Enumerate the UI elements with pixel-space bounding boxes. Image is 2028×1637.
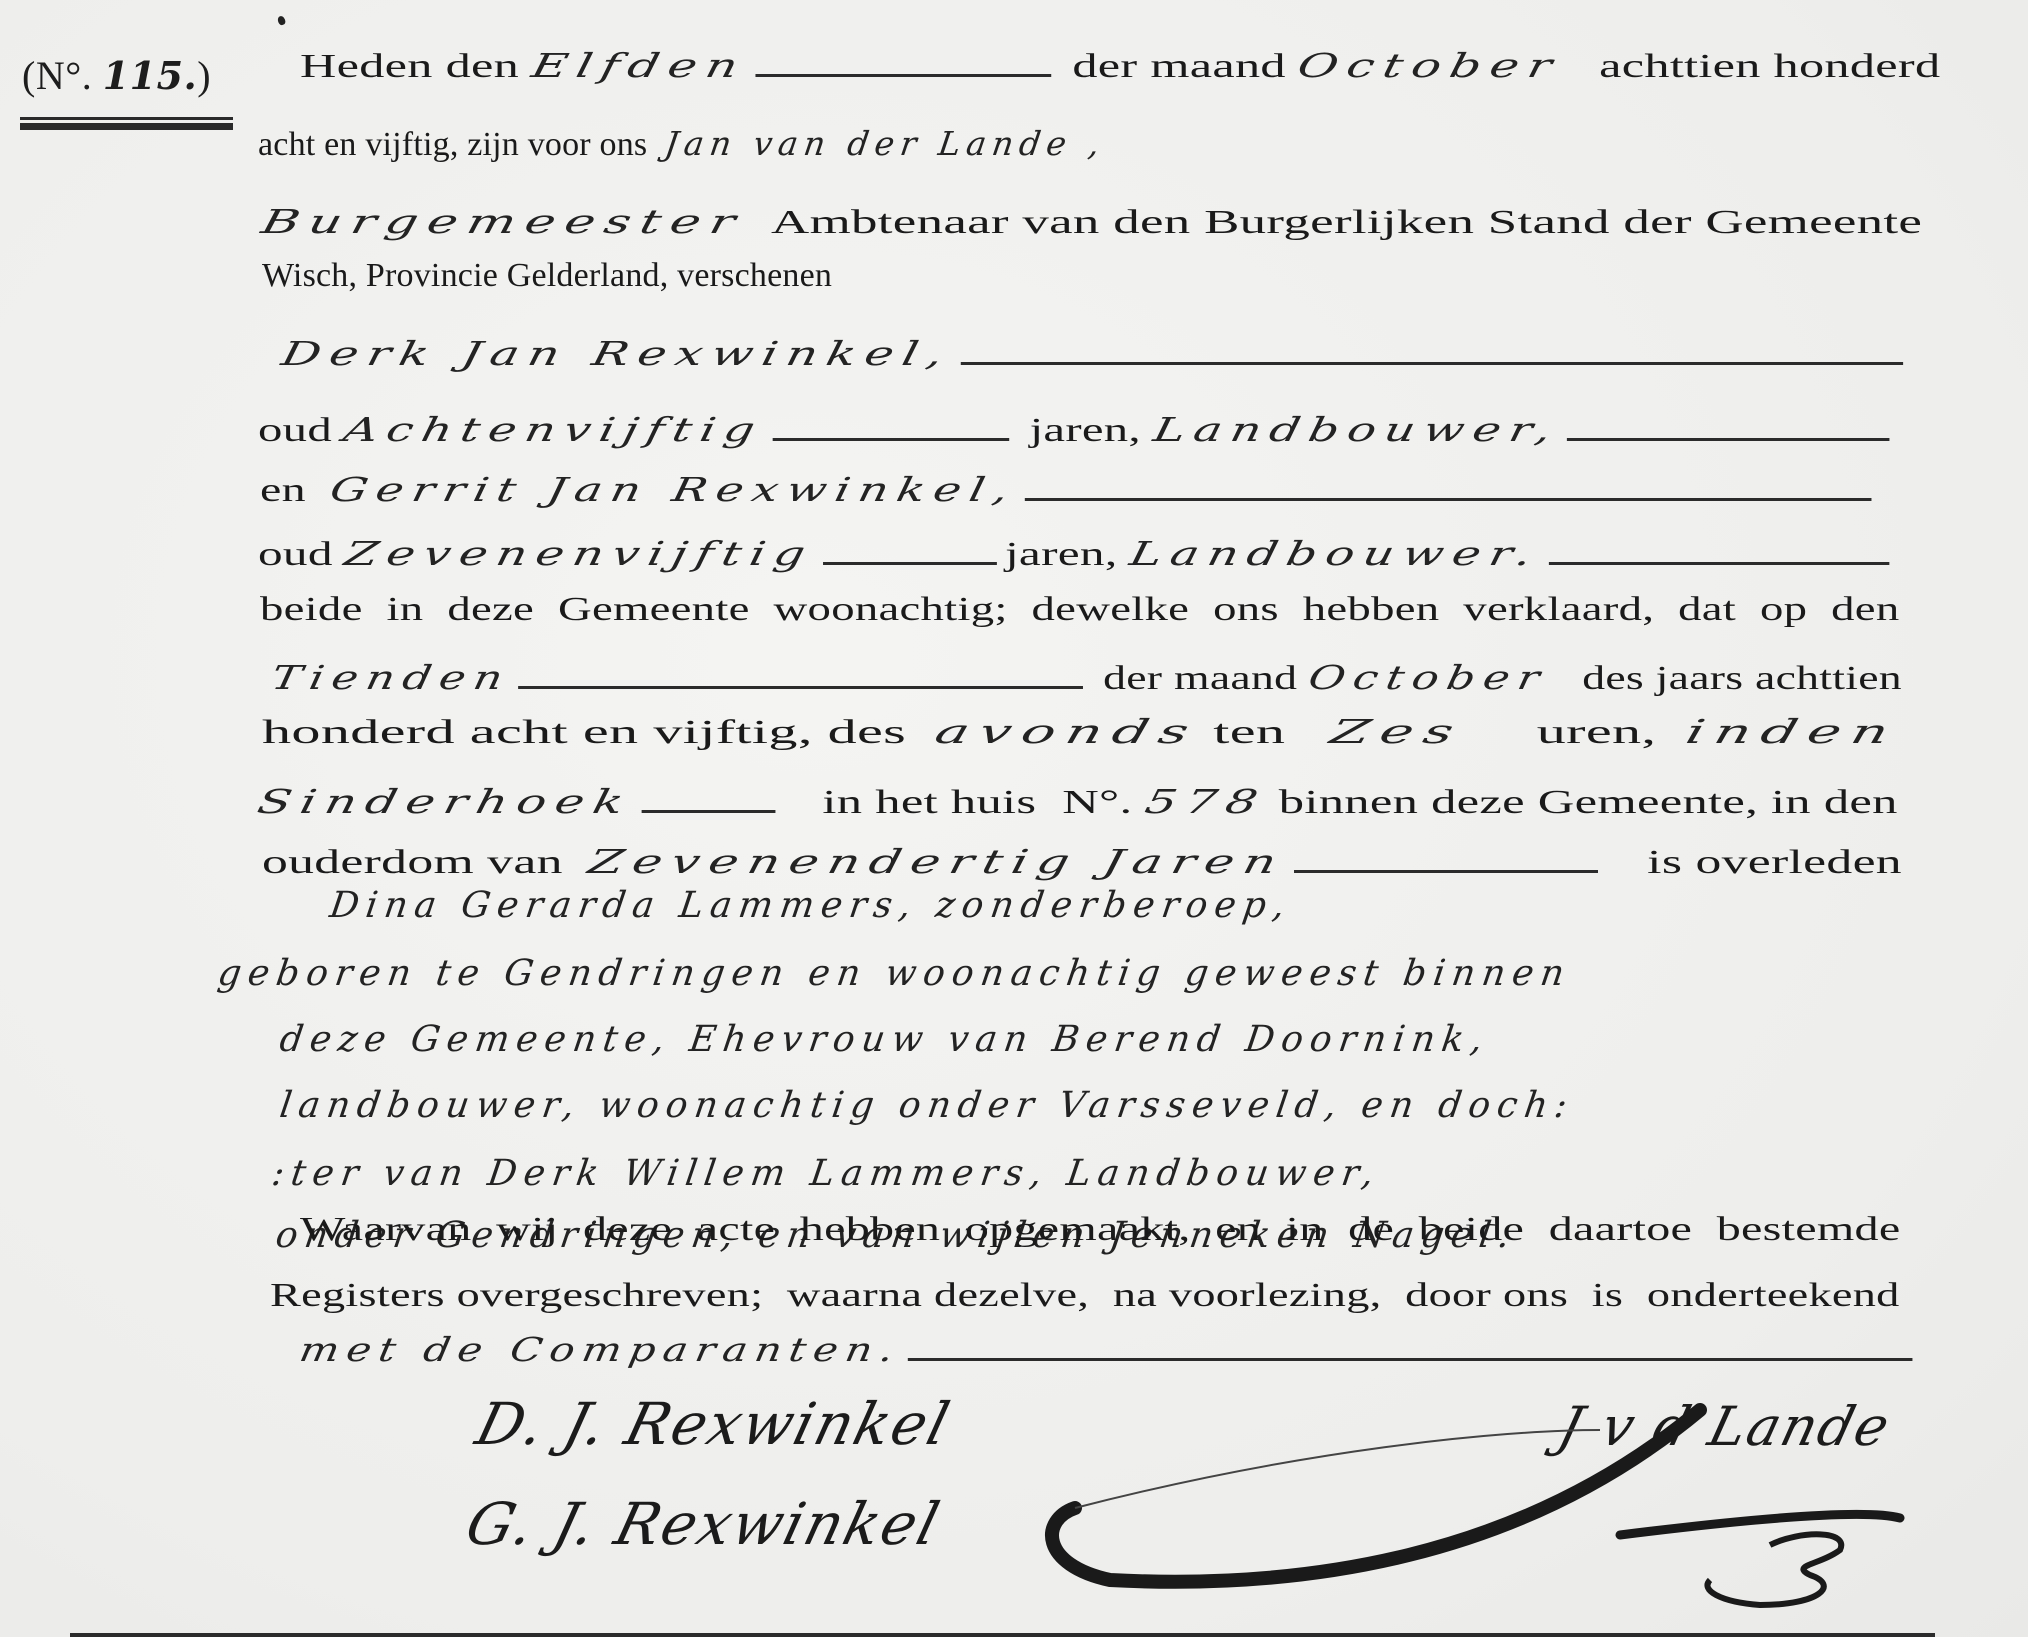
blank-fill-line [755,52,1051,77]
printed-text: acht en vijftig, zijn voor ons [258,126,665,163]
record-line-7: en Gerrit Jan Rexwinkel, [260,470,1880,511]
record-line-3: Burgemeester Ambtenaar van den Burgerlij… [262,202,1922,243]
printed-text: uren, [1462,714,1686,751]
printed-text: jaren, [1017,412,1153,449]
printed-text: in het huis N°. [784,784,1146,821]
blank-fill-line [518,664,1083,689]
record-line-11: honderd acht en vijftig, des avonds ten … [262,712,1898,753]
record-line-6: oud Achtenvijftig jaren, Landbouwer, [258,410,1898,451]
handwritten-entry: Gerrit Jan Rexwinkel, [326,470,1020,510]
blank-fill-line [641,788,775,813]
record-line-21: Registers overgeschreven; waarna dezelve… [270,1276,1900,1316]
signature-flourish [1000,1390,1950,1620]
printed-text: ouderdom van [262,844,589,881]
printed-text: der maand [1091,660,1309,697]
printed-text: oud [258,412,344,449]
act-number-double-rule [20,117,233,131]
handwritten-entry: Dina Gerarda Lammers, zonderberoep, [327,886,1294,926]
record-line-15: geboren te Gendringen en woonachtig gewe… [218,954,1571,995]
printed-text: Registers overgeschreven; waarna dezelve… [270,1277,1900,1314]
record-line-16: deze Gemeente, Ehevrouw van Berend Doorn… [280,1020,1489,1061]
printed-text: Ambtenaar van den Burgerlijken Stand der… [744,204,1922,241]
printed-text: oud [258,536,345,573]
blank-fill-line [1548,540,1888,565]
handwritten-entry: 578 [1141,782,1270,822]
handwritten-entry: Landbouwer, [1149,410,1562,450]
handwritten-entry: Burgemeester [258,202,749,242]
printed-text: honderd acht en vijftig, des [262,714,936,751]
act-number-close: ) [197,53,211,98]
handwritten-entry: Landbouwer. [1126,534,1544,574]
record-line-1: Heden den Elfden der maand October achtt… [300,46,1940,87]
handwritten-entry: October [1305,658,1551,698]
printed-text: Heden den [300,48,532,85]
bottom-rule [70,1633,1935,1637]
handwritten-entry: Zevenendertig Jaren [585,842,1290,882]
printed-text: beide in deze Gemeente woonachtig; dewel… [260,591,1899,628]
record-line-14: Dina Gerarda Lammers, zonderberoep, [330,886,1291,927]
printed-text: en [260,472,330,509]
record-line-8: oud Zevenenvijftigjaren, Landbouwer. [258,534,1897,575]
blank-fill-line [1025,476,1872,501]
printed-text: des jaars achttien [1547,660,1902,697]
blank-fill-line [1567,416,1890,441]
record-line-4: Wisch, Provincie Gelderland, verschenen [262,256,832,296]
record-line-9: beide in deze Gemeente woonachtig; dewel… [260,590,1899,630]
printed-text: is overleden [1608,844,1902,881]
printed-text: binnen deze Gemeente, in den [1266,784,1898,821]
signature-witness-1: D. J. Rexwinkel [470,1390,958,1458]
act-number-label: (N°. [22,53,92,98]
blank-fill-line [908,1336,1913,1361]
printed-text: Wisch, Provincie Gelderland, verschenen [262,257,832,294]
blank-fill-line [822,540,996,565]
blank-fill-line [772,416,1009,441]
blank-fill-line [960,340,1902,365]
record-line-17: landbouwer, woonachtig onder Varsseveld,… [280,1086,1574,1127]
act-number: (N°. 115.) [22,52,211,99]
handwritten-entry: inden [1681,712,1902,752]
printed-text: ten [1198,714,1330,751]
record-line-20: Waarvan wij deze acte hebben opgemaakt, … [300,1210,1900,1250]
handwritten-entry: Achtenvijftig [340,410,767,450]
signature-witness-2: G. J. Rexwinkel [460,1490,948,1558]
record-line-2: acht en vijftig, zijn voor ons Jan van d… [258,124,1105,165]
record-line-5: Derk Jan Rexwinkel, [282,334,1911,375]
handwritten-entry: geboren te Gendringen en woonachtig gewe… [215,954,1573,994]
handwritten-entry: landbouwer, woonachtig onder Varsseveld,… [277,1086,1576,1126]
handwritten-entry: Zes [1325,712,1467,752]
blank-fill-line [1294,848,1598,873]
record-line-10: Tienden der maand October des jaars acht… [272,658,1902,699]
handwritten-entry: Tienden [268,658,514,698]
handwritten-entry: Zevenenvijftig [341,534,817,574]
handwritten-entry: Elfden [528,46,750,86]
act-number-value: 115. [103,53,198,98]
printed-text: der maand [1060,48,1299,85]
handwritten-entry: October [1295,46,1565,86]
record-line-18: :ter van Derk Willem Lammers, Landbouwer… [272,1154,1380,1195]
printed-text: Waarvan wij deze acte hebben opgemaakt, … [300,1211,1900,1248]
handwritten-entry: Sinderhoek [254,782,636,822]
handwritten-entry: :ter van Derk Willem Lammers, Landbouwer… [269,1154,1383,1194]
printed-text: jaren, [1005,536,1130,573]
record-line-12: Sinderhoek in het huis N°. 578 binnen de… [258,782,1898,823]
record-line-13: ouderdom van Zevenendertig Jaren is over… [262,842,1902,883]
document-page: (N°. 115.) Heden den Elfden der maand Oc… [0,0,2028,1637]
ink-dot [277,15,287,26]
handwritten-entry: Derk Jan Rexwinkel, [278,334,956,374]
record-line-22: met de Comparanten. [300,1330,1920,1371]
handwritten-entry: deze Gemeente, Ehevrouw van Berend Doorn… [277,1020,1492,1060]
printed-text: achttien honderd [1561,48,1941,85]
handwritten-entry: avonds [931,712,1203,752]
handwritten-entry: met de Comparanten. [296,1330,904,1370]
handwritten-entry: Jan van der Lande , [662,124,1108,164]
